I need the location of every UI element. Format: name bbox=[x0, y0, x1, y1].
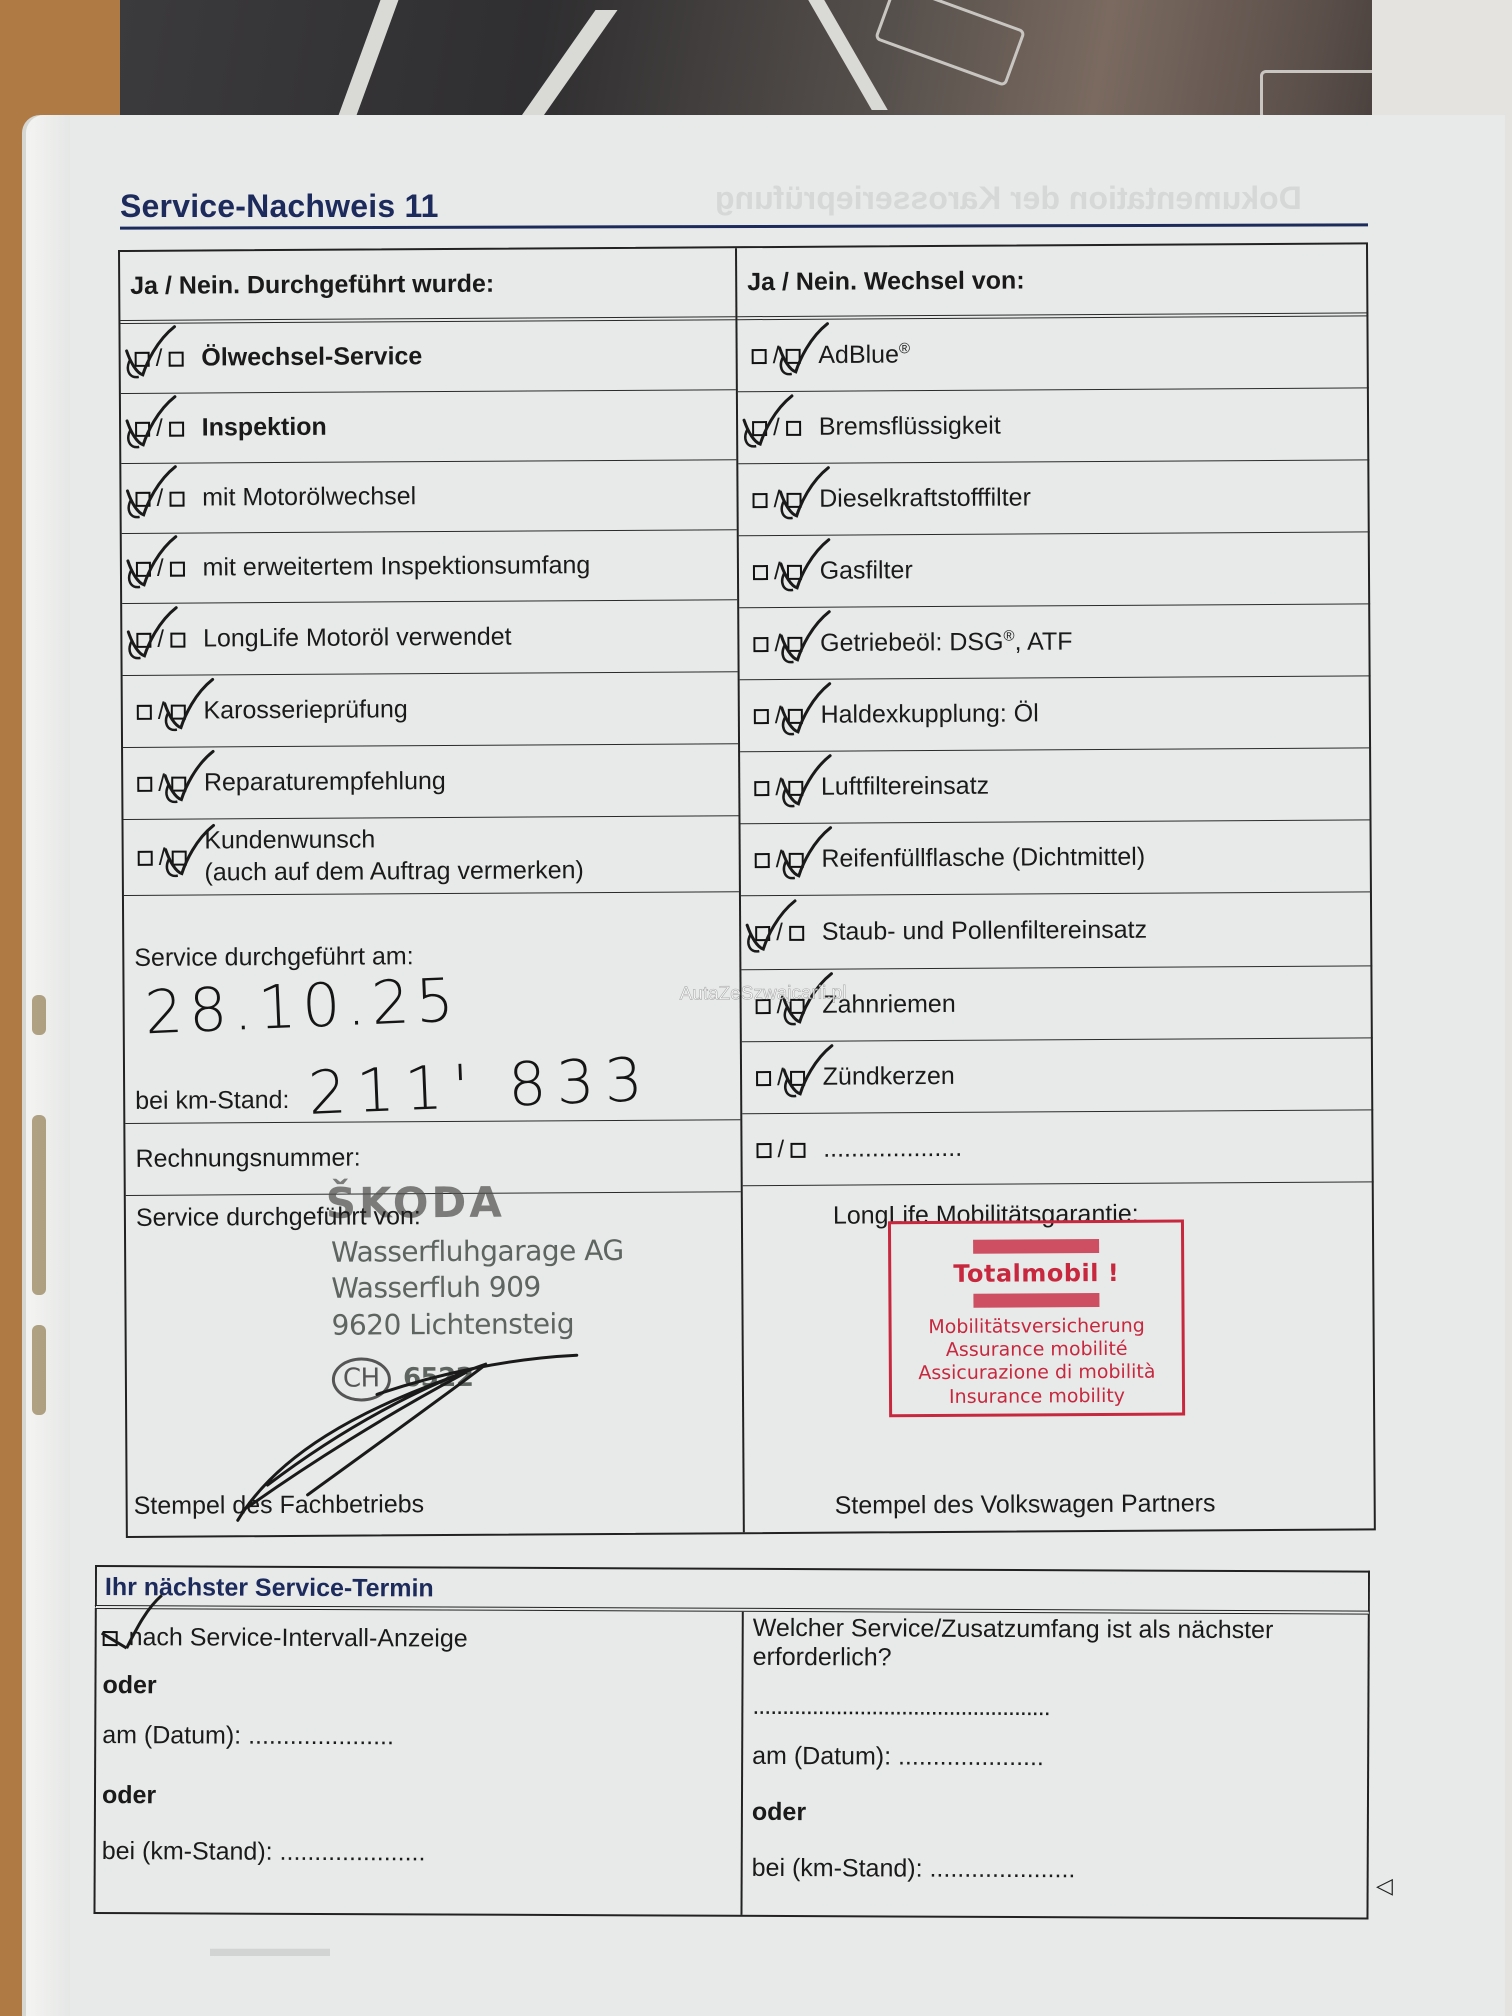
replaced-item-row: /Luftfiltereinsatz bbox=[740, 748, 1371, 824]
ja-checkbox[interactable] bbox=[754, 781, 769, 796]
nein-checkbox[interactable] bbox=[171, 777, 186, 792]
separator: / bbox=[156, 414, 163, 442]
replaced-item-row: /Bremsflüssigkeit bbox=[738, 388, 1369, 464]
interval-option[interactable]: nach Service-Intervall-Anzeige bbox=[103, 1623, 468, 1654]
interval-checkbox[interactable] bbox=[103, 1631, 118, 1646]
nein-checkbox[interactable] bbox=[171, 851, 186, 866]
next-km-field-right[interactable]: bei (km-Stand): ..................... bbox=[752, 1854, 1076, 1884]
replaced-item-label: Luftfiltereinsatz bbox=[821, 772, 989, 802]
ja-nein-checkboxes: / bbox=[131, 484, 188, 512]
nein-checkbox[interactable] bbox=[790, 1071, 805, 1086]
performed-item-row: /mit erweitertem Inspektionsumfang bbox=[122, 530, 737, 604]
separator: / bbox=[774, 629, 781, 657]
separator: / bbox=[157, 554, 164, 582]
ja-nein-checkboxes: / bbox=[751, 845, 808, 873]
replaced-item-row: /Dieselkraftstofffilter bbox=[738, 460, 1369, 536]
replaced-item-row: /Getriebeöl: DSG®, ATF bbox=[739, 604, 1370, 680]
nein-checkbox[interactable] bbox=[788, 853, 803, 868]
replaced-item-row: /Reifenfüllflasche (Dichtmittel) bbox=[741, 820, 1372, 896]
replaced-item-row: /Gasfilter bbox=[739, 532, 1370, 608]
signature bbox=[126, 1192, 743, 1540]
ja-nein-checkboxes: / bbox=[131, 414, 188, 442]
bleedthrough-text: ▬▬▬▬▬ bbox=[210, 1935, 330, 1963]
ja-nein-checkboxes: / bbox=[748, 485, 805, 513]
service-date-label: Service durchgeführt am: bbox=[134, 942, 413, 972]
dealer-stamp-cell: ŠKODA Service durchgeführt von: Wasserfl… bbox=[126, 1192, 743, 1540]
ja-checkbox[interactable] bbox=[755, 853, 770, 868]
nein-checkbox[interactable] bbox=[169, 422, 184, 437]
nein-checkbox[interactable] bbox=[168, 352, 183, 367]
invoice-number-value[interactable] bbox=[361, 1157, 561, 1158]
ja-nein-checkboxes: / bbox=[132, 554, 189, 582]
ja-nein-checkboxes: / bbox=[750, 773, 807, 801]
nein-checkbox[interactable] bbox=[169, 492, 184, 507]
performed-column: Ja / Nein. Durchgeführt wurde: /Ölwechse… bbox=[120, 248, 735, 252]
replaced-item-label: AdBlue® bbox=[818, 340, 910, 370]
nein-checkbox[interactable] bbox=[170, 705, 185, 720]
ja-nein-checkboxes: / bbox=[752, 1063, 809, 1091]
mirrored-bleedthrough-title: Dokumentation der Karosserieprüfung bbox=[715, 180, 1302, 217]
replaced-item-row: /AdBlue® bbox=[737, 316, 1368, 392]
nein-checkbox[interactable] bbox=[787, 637, 802, 652]
separator: / bbox=[159, 843, 166, 871]
separator: / bbox=[775, 701, 782, 729]
replaced-item-label: Dieselkraftstofffilter bbox=[819, 484, 1031, 514]
nein-checkbox[interactable] bbox=[786, 421, 801, 436]
nein-checkbox[interactable] bbox=[170, 633, 185, 648]
ja-checkbox[interactable] bbox=[135, 352, 150, 367]
mobility-guarantee-cell: LongLife Mobilitätsgarantie: Totalmobil … bbox=[743, 1188, 1376, 1536]
ja-checkbox[interactable] bbox=[752, 421, 767, 436]
separator: / bbox=[775, 773, 782, 801]
ja-checkbox[interactable] bbox=[756, 1071, 771, 1086]
totalmobil-stamp: Totalmobil ! Mobilitätsversicherung Assu… bbox=[888, 1220, 1185, 1418]
page-turn-triangle-icon: ◁ bbox=[1376, 1873, 1393, 1899]
next-service-question: Welcher Service/Zusatzumfang ist als näc… bbox=[753, 1614, 1274, 1674]
performed-item-label: Inspektion bbox=[202, 413, 327, 443]
ja-checkbox[interactable] bbox=[752, 349, 767, 364]
ja-nein-checkboxes: / bbox=[748, 413, 805, 441]
ja-checkbox[interactable] bbox=[753, 565, 768, 580]
ja-checkbox[interactable] bbox=[752, 493, 767, 508]
replaced-column: Ja / Nein. Wechsel von: /AdBlue®/Bremsfl… bbox=[737, 244, 1368, 248]
replaced-item-label: Zündkerzen bbox=[823, 1062, 955, 1092]
nein-checkbox[interactable] bbox=[786, 493, 801, 508]
watermark: AutaZeSzwajcarii.pl bbox=[679, 983, 846, 1006]
performed-item-row: /LongLife Motoröl verwendet bbox=[122, 600, 737, 676]
separator: / bbox=[158, 769, 165, 797]
replaced-item-label: Bremsflüssigkeit bbox=[819, 412, 1001, 442]
or-label: oder bbox=[102, 1781, 156, 1810]
separator: / bbox=[773, 485, 780, 513]
performed-item-row: /Reparaturempfehlung bbox=[123, 744, 738, 820]
replaced-item-row: /.................... bbox=[742, 1110, 1373, 1186]
service-date-km-block: Service durchgeführt am: 28.10.25 bei km… bbox=[124, 900, 740, 1124]
ja-checkbox[interactable] bbox=[754, 709, 769, 724]
ja-nein-checkboxes: / bbox=[134, 843, 191, 871]
ja-checkbox[interactable] bbox=[137, 777, 152, 792]
next-date-field-right[interactable]: am (Datum): ..................... bbox=[752, 1742, 1044, 1772]
km-label: bei km-Stand: bbox=[135, 1086, 289, 1115]
performed-item-row: /Kundenwunsch(auch auf dem Auftrag verme… bbox=[123, 816, 738, 896]
replaced-item-label: Getriebeöl: DSG®, ATF bbox=[820, 627, 1073, 658]
performed-item-label: Ölwechsel-Service bbox=[201, 342, 422, 372]
replaced-item-row: /Zündkerzen bbox=[742, 1038, 1373, 1114]
replaced-item-row: /Haldexkupplung: Öl bbox=[740, 676, 1371, 752]
invoice-number-label: Rechnungsnummer: bbox=[135, 1144, 360, 1174]
performed-header: Ja / Nein. Durchgeführt wurde: bbox=[120, 248, 735, 324]
ja-checkbox[interactable] bbox=[135, 422, 150, 437]
nein-checkbox[interactable] bbox=[787, 565, 802, 580]
replaced-item-label: Haldexkupplung: Öl bbox=[820, 700, 1038, 730]
nein-checkbox[interactable] bbox=[790, 1143, 805, 1158]
ja-checkbox[interactable] bbox=[135, 492, 150, 507]
separator: / bbox=[776, 918, 783, 946]
or-label: oder bbox=[102, 1671, 156, 1700]
dealer-stamp-caption: Stempel des Fachbetriebs bbox=[134, 1490, 425, 1521]
separator: / bbox=[156, 344, 163, 372]
ja-nein-checkboxes: / bbox=[133, 697, 190, 725]
separator: / bbox=[774, 557, 781, 585]
separator: / bbox=[156, 484, 163, 512]
next-km-field[interactable]: bei (km-Stand): ..................... bbox=[102, 1837, 426, 1867]
performed-item-row: /Karosserieprüfung bbox=[123, 672, 738, 748]
nein-checkbox[interactable] bbox=[170, 562, 185, 577]
km-value[interactable]: 211' 833 bbox=[307, 1045, 654, 1129]
service-checklist-table: Ja / Nein. Durchgeführt wurde: /Ölwechse… bbox=[118, 242, 1376, 1538]
ja-nein-checkboxes: / bbox=[749, 629, 806, 657]
performed-item-row: /Ölwechsel-Service bbox=[120, 320, 735, 394]
nein-checkbox[interactable] bbox=[788, 781, 803, 796]
ja-nein-checkboxes: / bbox=[750, 701, 807, 729]
ja-nein-checkboxes: / bbox=[751, 918, 808, 946]
performed-item-label: LongLife Motoröl verwendet bbox=[203, 623, 512, 654]
ja-checkbox[interactable] bbox=[755, 926, 770, 941]
replaced-header: Ja / Nein. Wechsel von: bbox=[737, 244, 1368, 320]
ja-nein-checkboxes: / bbox=[749, 557, 806, 585]
ja-nein-checkboxes: / bbox=[748, 341, 805, 369]
nein-checkbox[interactable] bbox=[785, 349, 800, 364]
performed-item-label: Reparaturempfehlung bbox=[204, 767, 446, 797]
next-service-box: Ihr nächster Service-Termin nach Service… bbox=[93, 1565, 1370, 1921]
separator: / bbox=[777, 1135, 784, 1163]
ja-checkbox[interactable] bbox=[136, 633, 151, 648]
separator: / bbox=[777, 1063, 784, 1091]
replaced-item-label: .................... bbox=[823, 1134, 962, 1164]
ja-checkbox[interactable] bbox=[753, 637, 768, 652]
replaced-item-label: Gasfilter bbox=[820, 556, 913, 585]
next-service-answer-field[interactable]: ........................................… bbox=[752, 1692, 1049, 1722]
replaced-item-label: Reifenfüllflasche (Dichtmittel) bbox=[821, 843, 1145, 874]
ja-nein-checkboxes: / bbox=[132, 625, 189, 653]
performed-item-row: /mit Motorölwechsel bbox=[121, 460, 736, 534]
performed-item-label: Kundenwunsch(auch auf dem Auftrag vermer… bbox=[204, 823, 584, 888]
replaced-item-row: /Staub- und Pollenfiltereinsatz bbox=[741, 892, 1372, 970]
separator: / bbox=[773, 341, 780, 369]
ja-checkbox[interactable] bbox=[136, 562, 151, 577]
separator: / bbox=[158, 697, 165, 725]
separator: / bbox=[157, 625, 164, 653]
nein-checkbox[interactable] bbox=[789, 926, 804, 941]
ja-checkbox[interactable] bbox=[756, 1143, 771, 1158]
replaced-item-label: Staub- und Pollenfiltereinsatz bbox=[822, 916, 1147, 947]
ja-nein-checkboxes: / bbox=[131, 344, 188, 372]
page-title: Service-Nachweis 11 bbox=[120, 188, 439, 225]
ja-nein-checkboxes: / bbox=[133, 769, 190, 797]
ja-checkbox[interactable] bbox=[137, 705, 152, 720]
performed-item-row: /Inspektion bbox=[121, 390, 736, 464]
separator: / bbox=[776, 845, 783, 873]
performed-item-label: Karosserieprüfung bbox=[203, 695, 407, 725]
ja-nein-checkboxes: / bbox=[752, 1135, 809, 1163]
service-date-value[interactable]: 28.10.25 bbox=[143, 965, 461, 1048]
separator: / bbox=[773, 413, 780, 441]
nein-checkbox[interactable] bbox=[787, 709, 802, 724]
next-service-header: Ihr nächster Service-Termin bbox=[95, 1565, 1370, 1615]
performed-item-label: mit erweitertem Inspektionsumfang bbox=[203, 551, 591, 582]
or-label: oder bbox=[752, 1798, 806, 1827]
performed-item-label: mit Motorölwechsel bbox=[202, 482, 416, 512]
partner-stamp-caption: Stempel des Volkswagen Partners bbox=[835, 1489, 1216, 1520]
next-date-field[interactable]: am (Datum): ..................... bbox=[102, 1721, 394, 1751]
ja-checkbox[interactable] bbox=[138, 851, 153, 866]
